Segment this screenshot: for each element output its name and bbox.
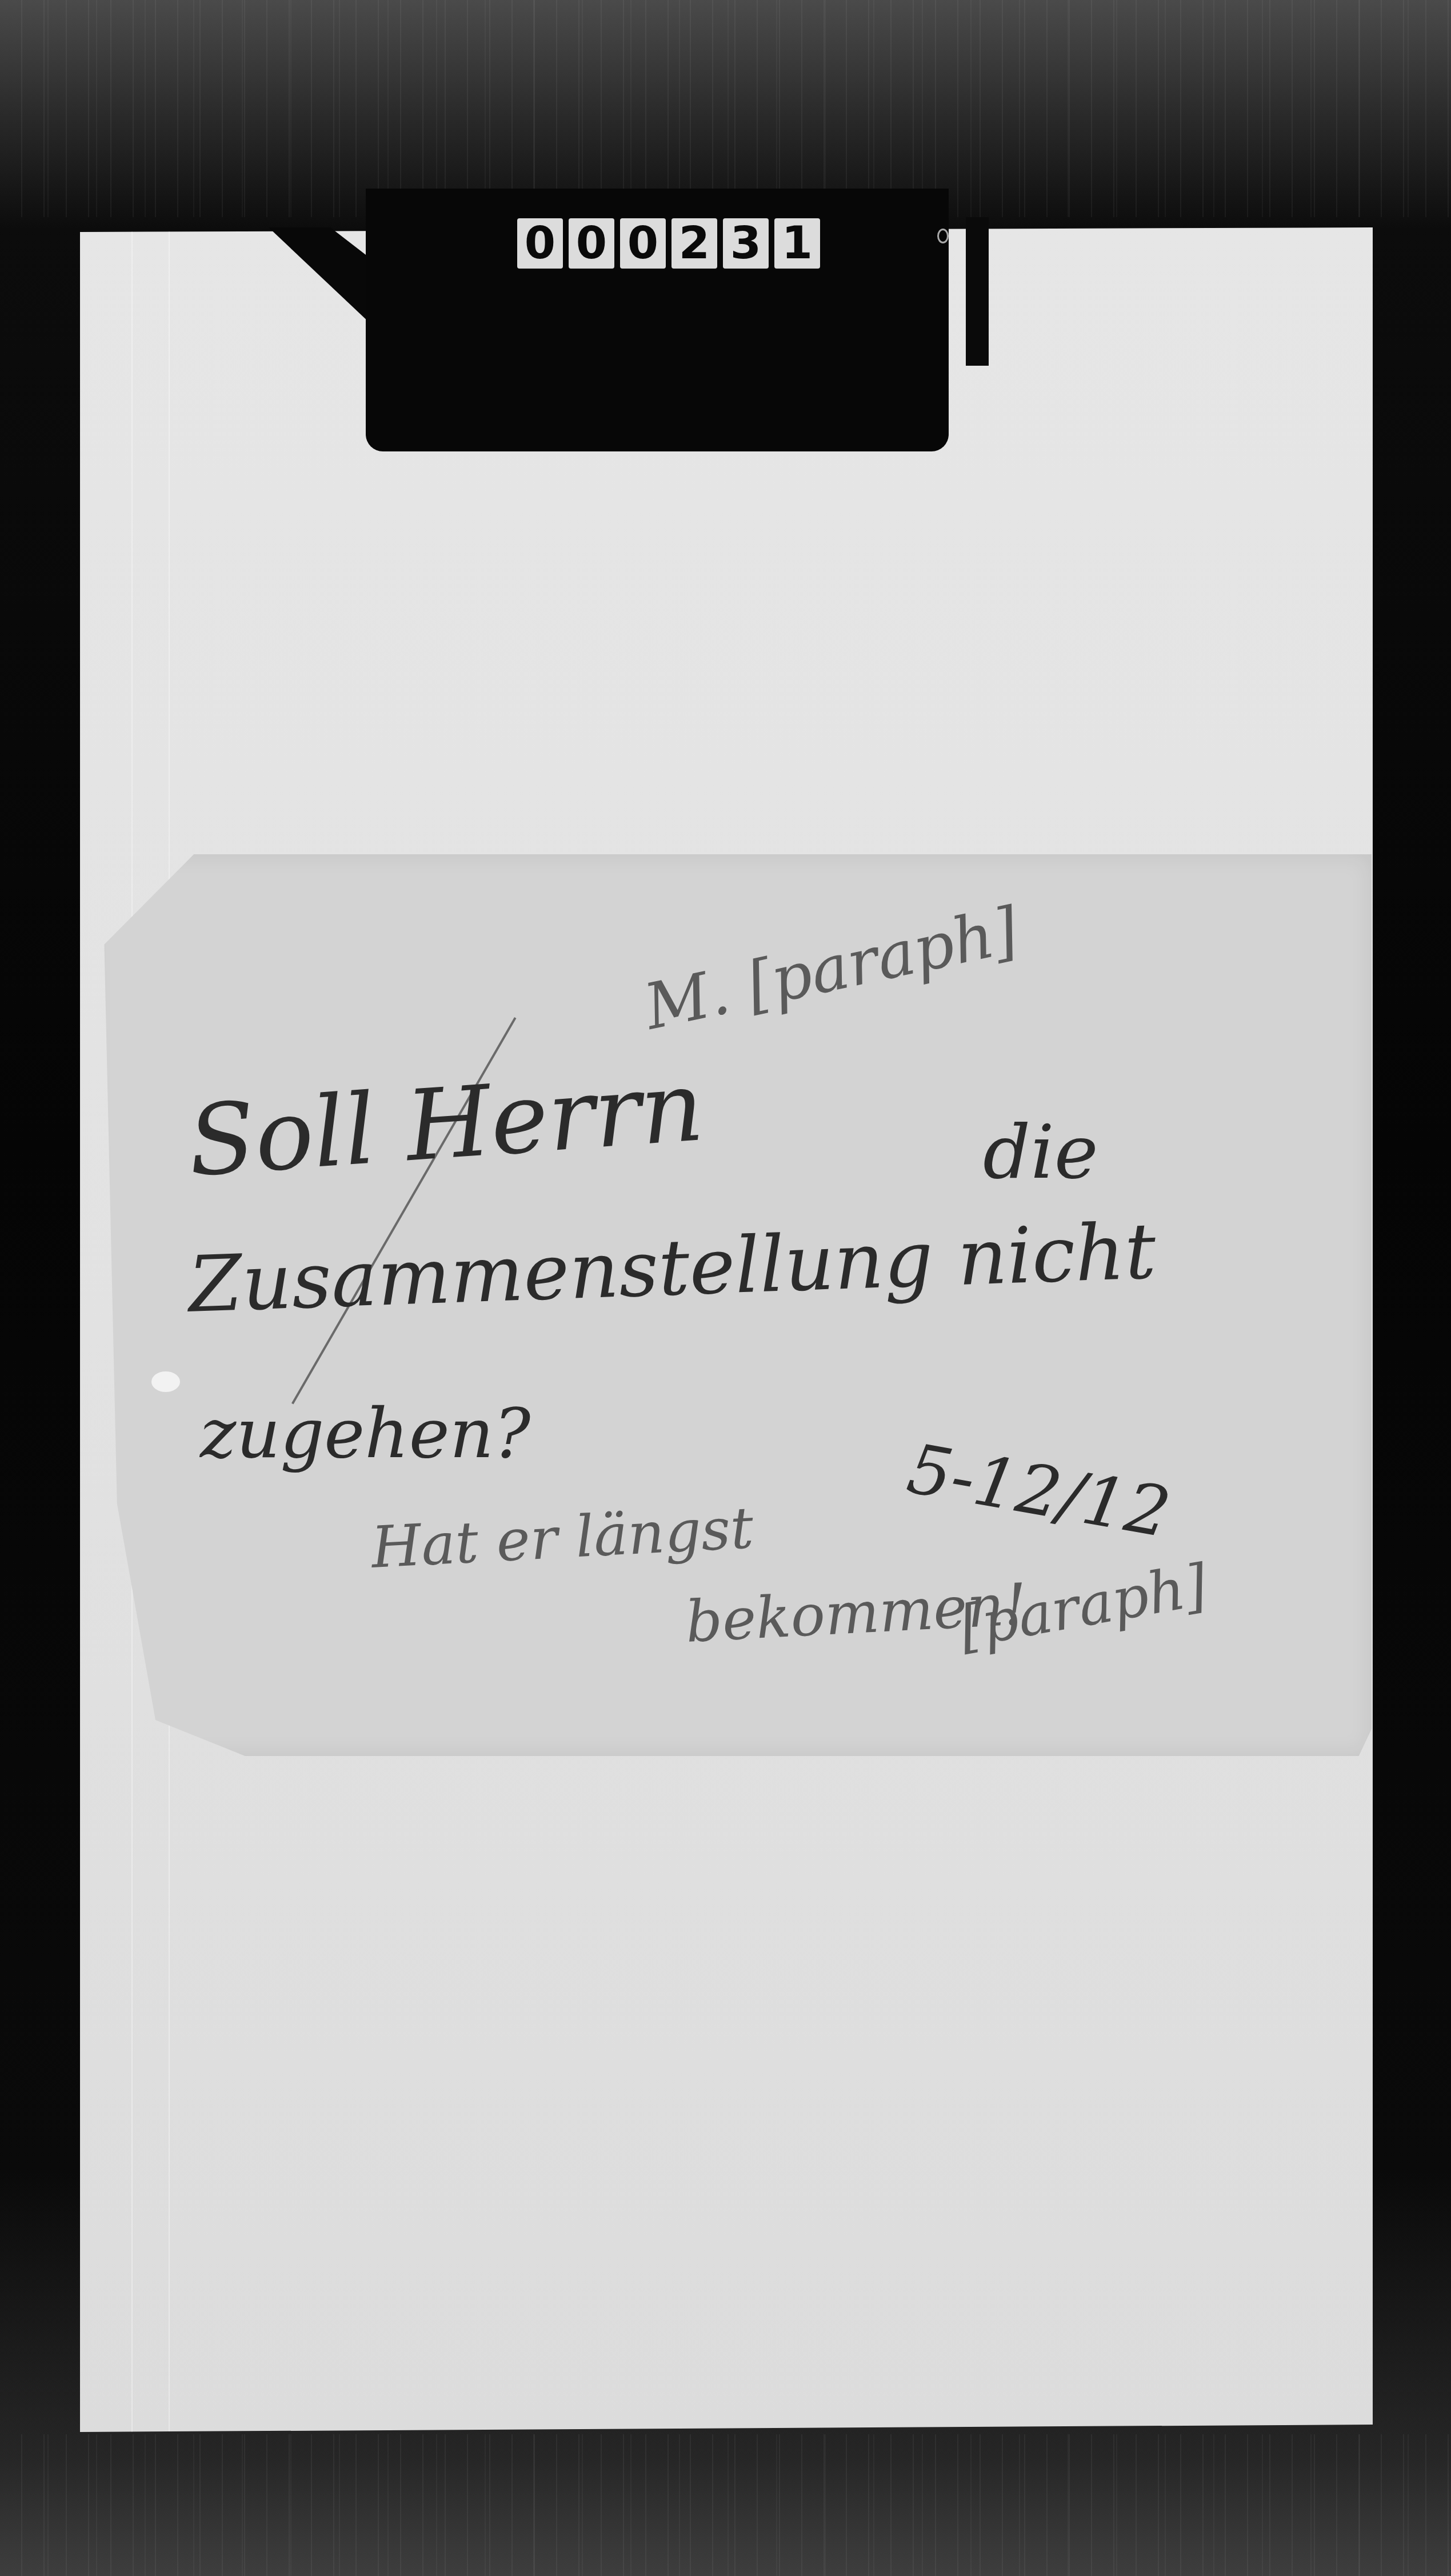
counter-digit: 0 [620,218,666,269]
counter-digit: 0 [569,218,614,269]
counter-digit: 0 [517,218,563,269]
counter-side-tab [966,217,989,366]
counter-digit: 3 [723,218,769,269]
counter-digit: 1 [774,218,820,269]
punch-hole [151,1371,180,1392]
film-scratches-top [0,0,1451,217]
film-scratches-bottom [0,2434,1451,2576]
note-line-1b: die [983,1109,1098,1195]
counter-digit: 2 [671,218,717,269]
note-line-3: zugehen? [200,1394,530,1474]
frame-counter-digits: 0 0 0 2 3 1 [517,218,829,269]
counter-screw-icon [937,229,949,243]
